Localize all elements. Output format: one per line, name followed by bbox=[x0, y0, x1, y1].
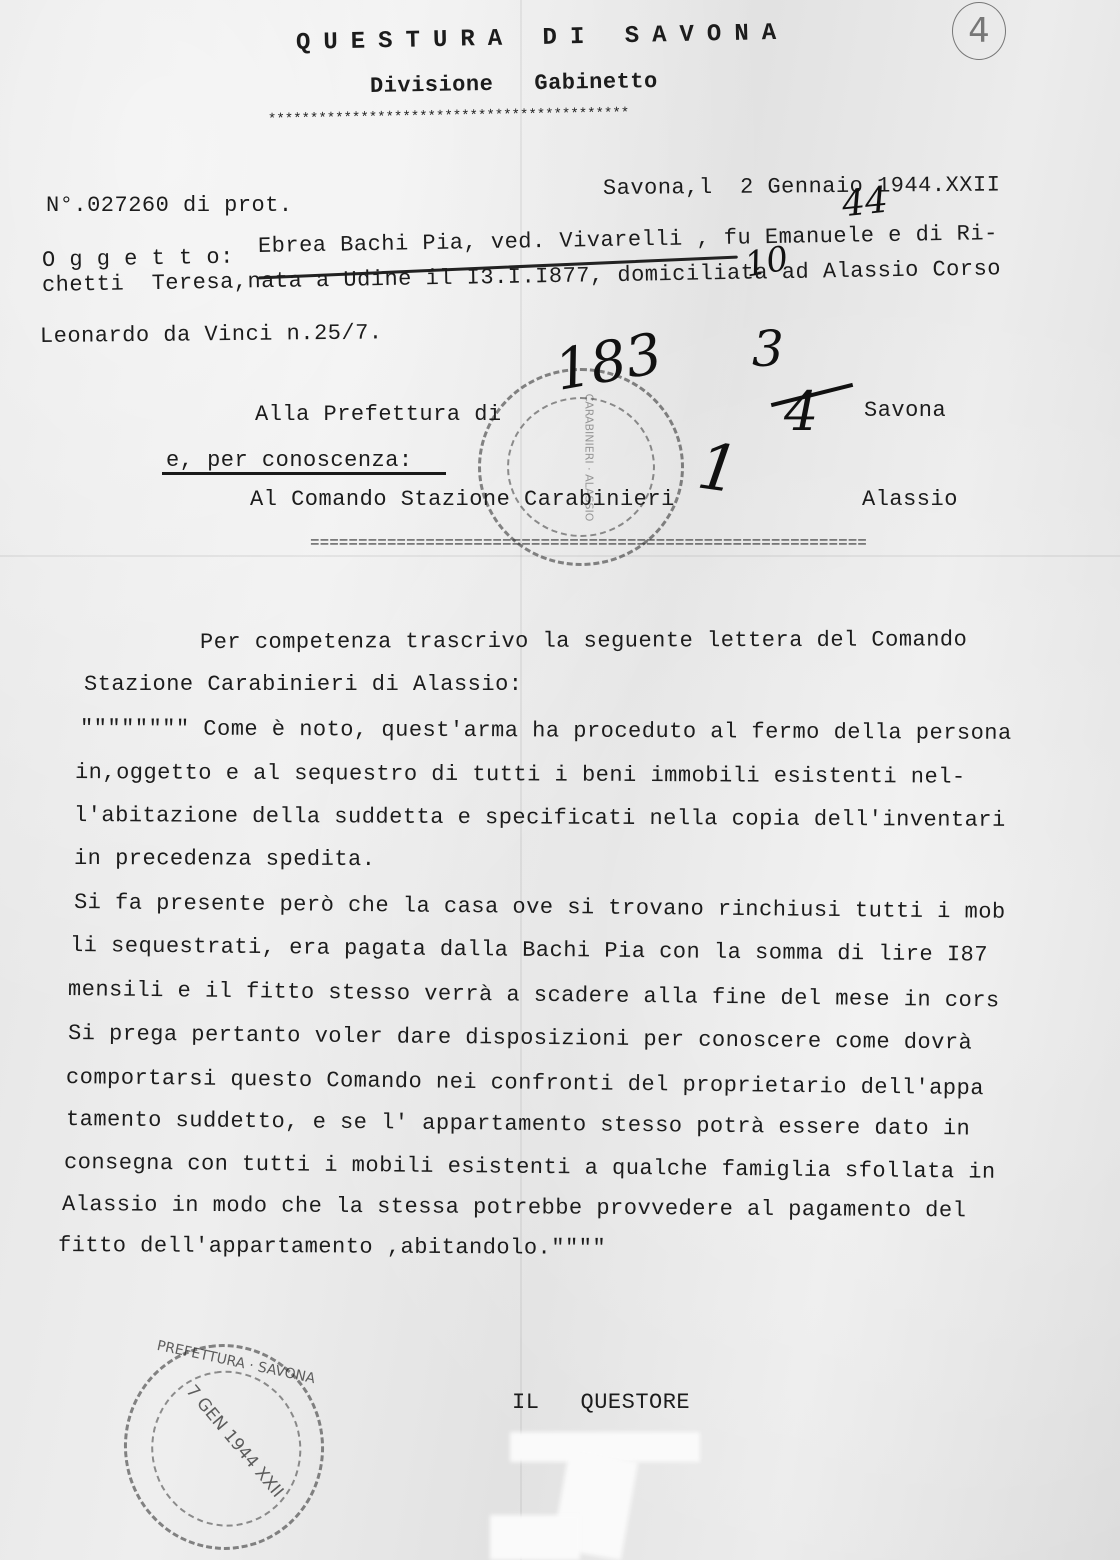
redacted-signature bbox=[490, 1515, 580, 1560]
body-line: l'abitazione della suddetta e specificat… bbox=[74, 803, 1006, 833]
body-line: tamento suddetto, e se l' appartamento s… bbox=[66, 1107, 971, 1141]
body-line: Alassio in modo che la stessa potrebbe p… bbox=[62, 1192, 966, 1223]
recipient-place: Savona bbox=[864, 398, 946, 423]
body-line: Stazione Carabinieri di Alassio: bbox=[84, 672, 522, 697]
subject-label: O g g e t t o: bbox=[42, 245, 234, 273]
body-line: Per competenza trascrivo la seguente let… bbox=[200, 627, 967, 655]
handwritten-annotation-1: 1 bbox=[693, 430, 744, 509]
body-line: mensili e il fitto stesso verrà a scader… bbox=[68, 977, 1000, 1013]
body-line: in,oggetto e al sequestro di tutti i ben… bbox=[75, 760, 966, 790]
document-page: 4 QUESTURA DI SAVONA Divisione Gabinetto… bbox=[0, 0, 1120, 1560]
page-number: 4 bbox=[968, 11, 990, 51]
prefettura-stamp: PREFETTURA · SAVONA 7 GEN 1944 XXII bbox=[111, 1331, 338, 1560]
division-title: Divisione Gabinetto bbox=[370, 69, 658, 99]
body-line: Si fa presente però che la casa ove si t… bbox=[74, 890, 1006, 925]
handwritten-annotation-crossed: 4 bbox=[784, 380, 818, 443]
body-line: """""""" Come è noto, quest'arma ha proc… bbox=[80, 716, 1012, 746]
header-separator: ****************************************… bbox=[268, 106, 629, 128]
recipient-label: Alla Prefettura di bbox=[255, 402, 502, 427]
body-line: consegna con tutti i mobili esistenti a … bbox=[64, 1150, 996, 1185]
cc-recipient: Al Comando Stazione Carabinieri bbox=[250, 487, 675, 512]
page-number-circle: 4 bbox=[952, 2, 1006, 60]
cc-label: e, per conoscenza: bbox=[166, 448, 413, 473]
office-title: QUESTURA DI SAVONA bbox=[296, 20, 790, 57]
body-line: li sequestrati, era pagata dalla Bachi P… bbox=[70, 933, 988, 968]
place-date: Savona,l 2 Gennaio 1944.XXII bbox=[603, 173, 1001, 201]
cc-place: Alassio bbox=[862, 487, 958, 512]
body-line: Si prega pertanto voler dare disposizion… bbox=[68, 1021, 973, 1055]
handwritten-annotation-3: 3 bbox=[752, 320, 784, 378]
subject-line-3: Leonardo da Vinci n.25/7. bbox=[40, 320, 383, 349]
handwritten-date-correction: 44 bbox=[840, 180, 890, 226]
body-line: in precedenza spedita. bbox=[74, 846, 376, 872]
subject-line-1: Ebrea Bachi Pia, ved. Vivarelli , fu Ema… bbox=[258, 221, 998, 259]
signature-title: IL QUESTORE bbox=[512, 1390, 690, 1415]
recipients-separator: ========================================… bbox=[310, 534, 867, 552]
protocol-number: N°.027260 di prot. bbox=[46, 193, 293, 218]
cc-underline bbox=[162, 472, 446, 475]
handwritten-annotation-183: 183 bbox=[550, 321, 667, 404]
body-line: comportarsi questo Comando nei confronti… bbox=[66, 1065, 984, 1101]
body-line: fitto dell'appartamento ,abitandolo."""" bbox=[58, 1233, 606, 1261]
